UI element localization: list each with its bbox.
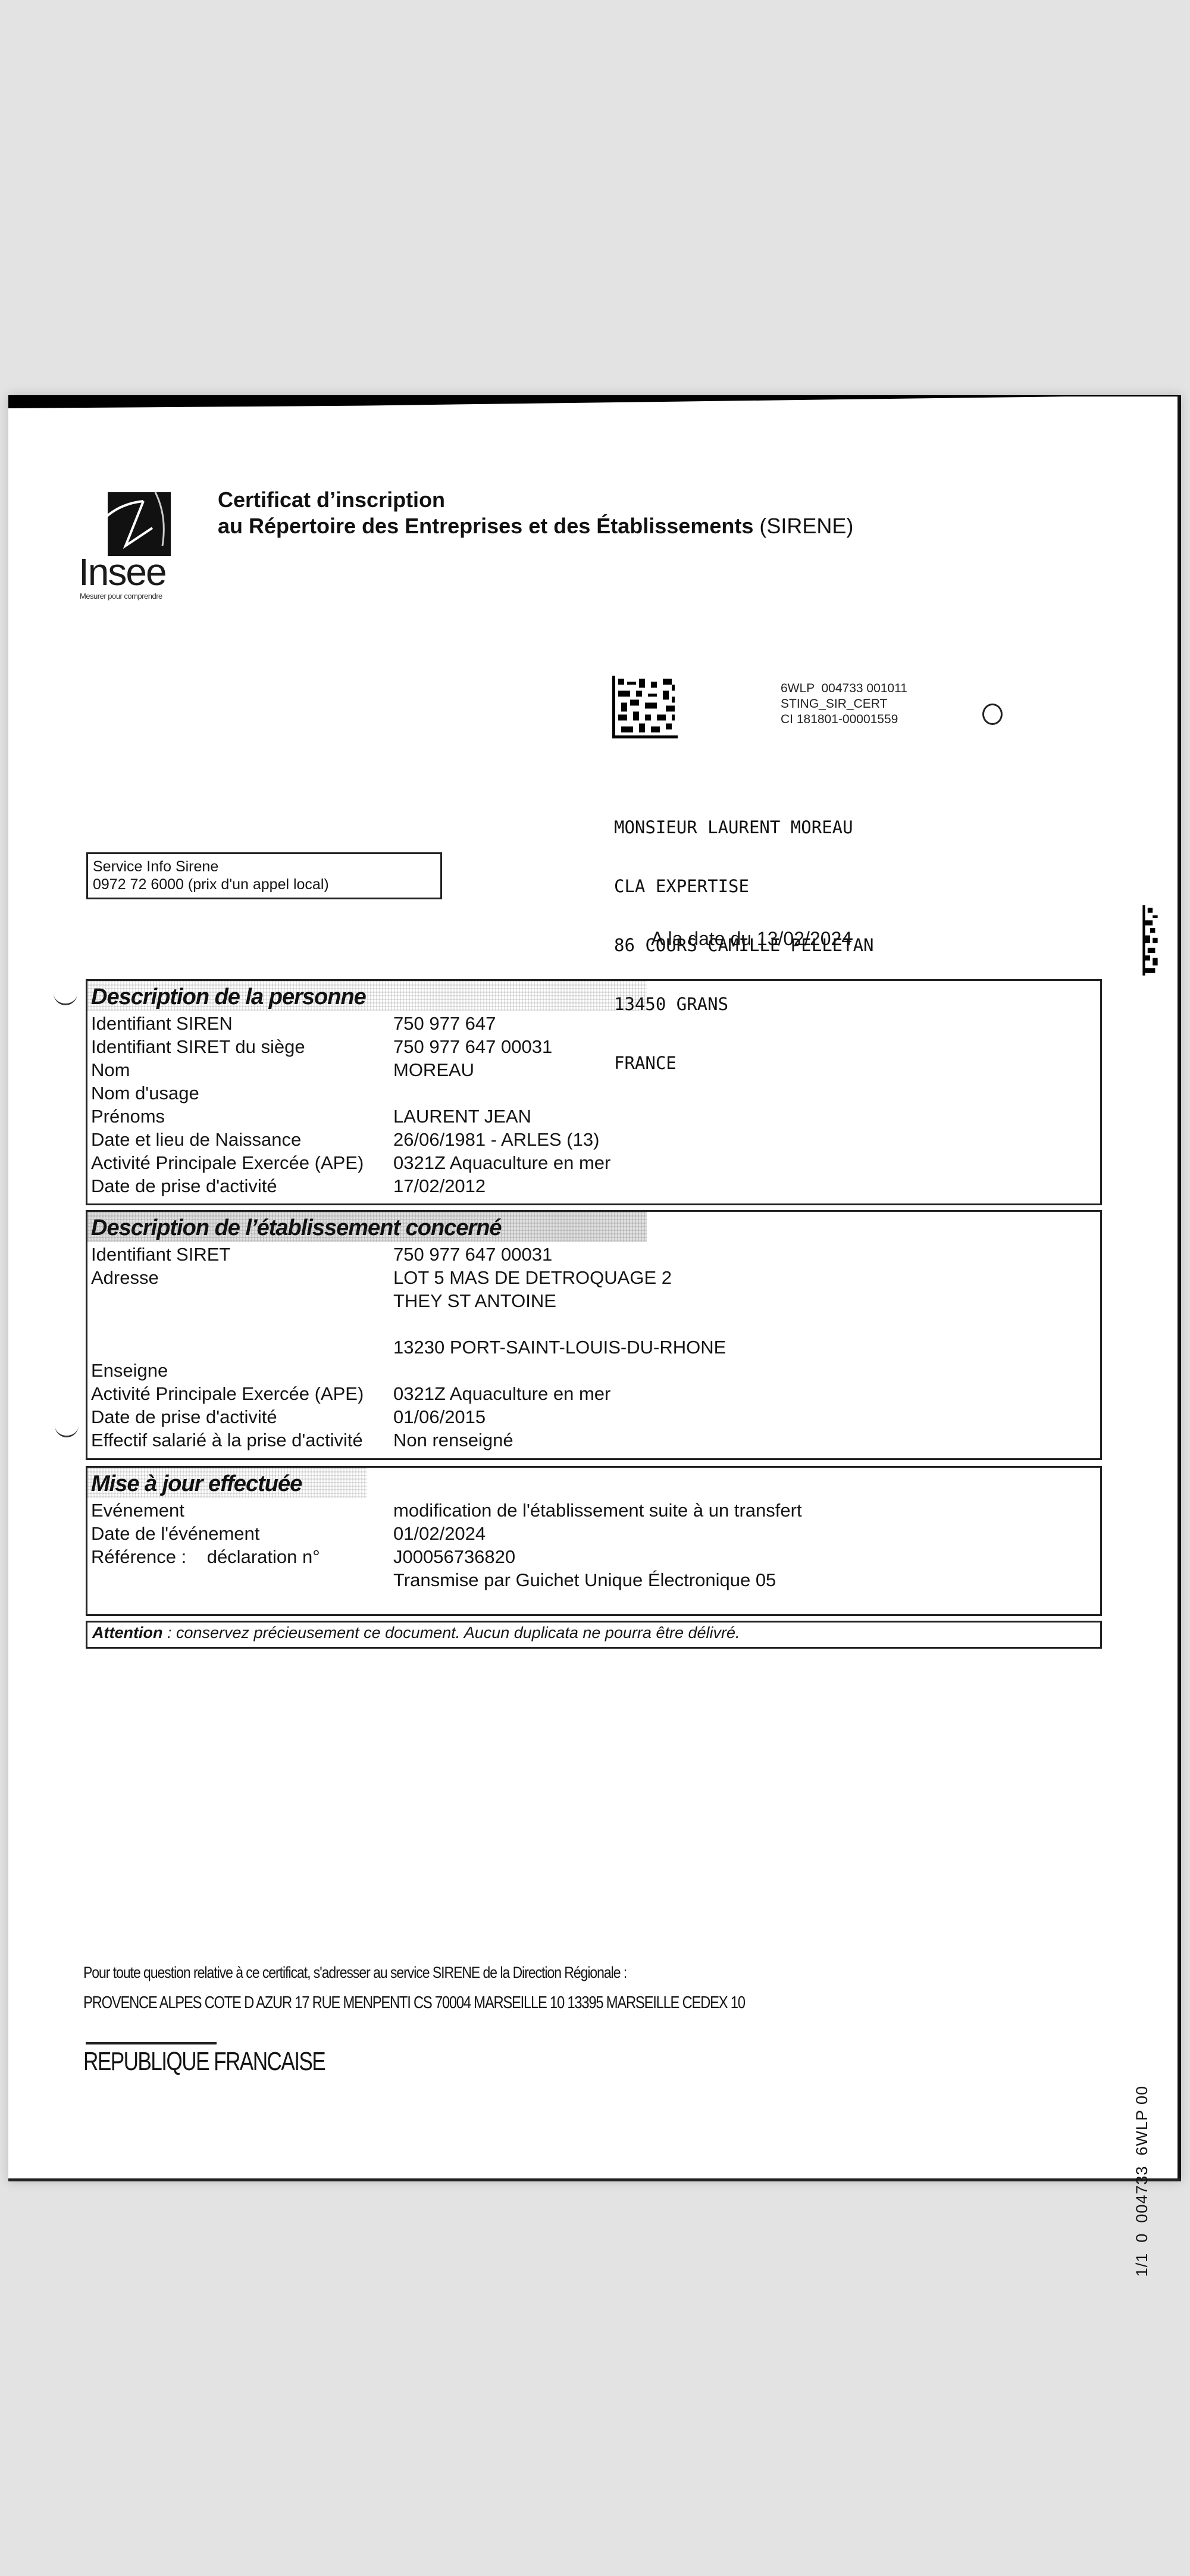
code-line-3: CI 181801-00001559 bbox=[781, 712, 907, 727]
title-line-1: Certificat d’inscription bbox=[218, 487, 853, 513]
code-line-1: 6WLP 004733 001011 bbox=[781, 681, 907, 696]
field-label: Activité Principale Exercée (APE) bbox=[91, 1382, 393, 1405]
field-value: LOT 5 MAS DE DETROQUAGE 2 bbox=[393, 1266, 672, 1289]
field-label: Identifiant SIRET du siège bbox=[91, 1035, 393, 1058]
field-label: Evénement bbox=[91, 1499, 393, 1522]
section-title: Description de l’établissement concerné bbox=[91, 1215, 502, 1241]
field-value: 01/06/2015 bbox=[393, 1405, 486, 1428]
field-label: Date et lieu de Naissance bbox=[91, 1128, 393, 1151]
scan-edge-right bbox=[1178, 395, 1181, 2181]
field-value: 01/02/2024 bbox=[393, 1522, 486, 1545]
field-row: Date de l'événement01/02/2024 bbox=[91, 1522, 1100, 1545]
field-label bbox=[91, 1568, 393, 1592]
margin-mark bbox=[55, 1418, 79, 1437]
logo-text: Insee bbox=[79, 550, 166, 594]
field-row: Date et lieu de Naissance26/06/1981 - AR… bbox=[91, 1128, 1100, 1151]
field-label: Date de prise d'activité bbox=[91, 1405, 393, 1428]
field-value: J00056736820 bbox=[393, 1545, 515, 1568]
field-row bbox=[91, 1312, 1100, 1336]
section-header: Description de la personne bbox=[87, 981, 647, 1011]
field-row: Identifiant SIRET du siège750 977 647 00… bbox=[91, 1035, 1100, 1058]
certificate-date: A la date du 13/02/2024 bbox=[651, 928, 852, 950]
field-row: Evénementmodification de l'établissement… bbox=[91, 1499, 1100, 1522]
field-value: 13230 PORT-SAINT-LOUIS-DU-RHONE bbox=[393, 1336, 726, 1359]
logo-tagline: Mesurer pour comprendre bbox=[80, 592, 162, 601]
field-row: Activité Principale Exercée (APE)0321Z A… bbox=[91, 1151, 1100, 1174]
section-title: Description de la personne bbox=[91, 984, 366, 1010]
field-value: 17/02/2012 bbox=[393, 1174, 486, 1198]
field-row: Date de prise d'activité01/06/2015 bbox=[91, 1405, 1100, 1428]
scan-edge-top bbox=[8, 395, 1181, 408]
vertical-reference-code: 1/1 0 004733 6WLP 00 bbox=[1133, 2086, 1151, 2277]
field-label: Nom d'usage bbox=[91, 1081, 393, 1105]
section-header: Description de l’établissement concerné bbox=[87, 1212, 647, 1242]
section-person: Description de la personne Identifiant S… bbox=[86, 979, 1102, 1205]
field-row: Date de prise d'activité17/02/2012 bbox=[91, 1174, 1100, 1198]
field-value: 26/06/1981 - ARLES (13) bbox=[393, 1128, 599, 1151]
section-header: Mise à jour effectuée bbox=[87, 1468, 367, 1498]
circle-mark-icon bbox=[982, 704, 1003, 725]
service-info-title: Service Info Sirene bbox=[93, 858, 436, 876]
document-page: Insee Mesurer pour comprendre Certificat… bbox=[8, 395, 1181, 2181]
side-barcode-icon bbox=[1142, 905, 1158, 976]
address-line: MONSIEUR LAURENT MOREAU bbox=[614, 818, 874, 837]
field-row: Enseigne bbox=[91, 1359, 1100, 1382]
field-label: Prénoms bbox=[91, 1105, 393, 1128]
field-row: Identifiant SIRET750 977 647 00031 bbox=[91, 1243, 1100, 1266]
field-value: Transmise par Guichet Unique Électroniqu… bbox=[393, 1568, 776, 1592]
field-label: Effectif salarié à la prise d'activité bbox=[91, 1428, 393, 1452]
insee-logo-icon bbox=[108, 492, 171, 556]
address-line: CLA EXPERTISE bbox=[614, 877, 874, 896]
field-row: PrénomsLAURENT JEAN bbox=[91, 1105, 1100, 1128]
field-value: 750 977 647 bbox=[393, 1012, 496, 1035]
field-label: Adresse bbox=[91, 1266, 393, 1289]
field-row: Effectif salarié à la prise d'activitéNo… bbox=[91, 1428, 1100, 1452]
field-value: 750 977 647 00031 bbox=[393, 1243, 552, 1266]
footer-contact-intro: Pour toute question relative à ce certif… bbox=[83, 1964, 627, 1982]
field-label: Identifiant SIREN bbox=[91, 1012, 393, 1035]
field-value: 750 977 647 00031 bbox=[393, 1035, 552, 1058]
field-row: Nom d'usage bbox=[91, 1081, 1100, 1105]
field-value: modification de l'établissement suite à … bbox=[393, 1499, 802, 1522]
service-info-phone: 0972 72 6000 (prix d'un appel local) bbox=[93, 876, 436, 893]
field-label: Date de prise d'activité bbox=[91, 1174, 393, 1198]
title-suffix: (SIRENE) bbox=[759, 514, 853, 538]
field-label bbox=[91, 1336, 393, 1359]
datamatrix-barcode-icon bbox=[612, 676, 678, 739]
field-row: Identifiant SIREN750 977 647 bbox=[91, 1012, 1100, 1035]
field-value: THEY ST ANTOINE bbox=[393, 1289, 556, 1312]
field-label: Référence : déclaration n° bbox=[91, 1545, 393, 1568]
field-label: Date de l'événement bbox=[91, 1522, 393, 1545]
attention-text: : conservez précieusement ce document. A… bbox=[162, 1624, 740, 1642]
field-row: Transmise par Guichet Unique Électroniqu… bbox=[91, 1568, 1100, 1592]
document-codes: 6WLP 004733 001011 STING_SIR_CERT CI 181… bbox=[781, 681, 907, 727]
field-value: LAURENT JEAN bbox=[393, 1105, 531, 1128]
margin-mark bbox=[54, 986, 77, 1005]
field-row: AdresseLOT 5 MAS DE DETROQUAGE 2 bbox=[91, 1266, 1100, 1289]
section-establishment: Description de l’établissement concerné … bbox=[86, 1210, 1102, 1460]
field-label: Enseigne bbox=[91, 1359, 393, 1382]
service-info-box: Service Info Sirene 0972 72 6000 (prix d… bbox=[86, 852, 442, 899]
footer-regional-address: PROVENCE ALPES COTE D AZUR 17 RUE MENPEN… bbox=[83, 1993, 745, 2013]
field-label: Identifiant SIRET bbox=[91, 1243, 393, 1266]
field-label: Activité Principale Exercée (APE) bbox=[91, 1151, 393, 1174]
section-update: Mise à jour effectuée Evénementmodificat… bbox=[86, 1466, 1102, 1616]
field-value: MOREAU bbox=[393, 1058, 474, 1081]
field-row: NomMOREAU bbox=[91, 1058, 1100, 1081]
page-title: Certificat d’inscription au Répertoire d… bbox=[218, 487, 853, 539]
attention-notice: Attention : conservez précieusement ce d… bbox=[86, 1621, 1102, 1649]
attention-label: Attention bbox=[92, 1624, 162, 1642]
field-label bbox=[91, 1289, 393, 1312]
republique-francaise: REPUBLIQUE FRANCAISE bbox=[83, 2047, 325, 2077]
scan-edge-bottom bbox=[8, 2178, 1181, 2181]
field-label: Nom bbox=[91, 1058, 393, 1081]
title-text: au Répertoire des Entreprises et des Éta… bbox=[218, 514, 753, 538]
title-line-2: au Répertoire des Entreprises et des Éta… bbox=[218, 513, 853, 539]
field-row: Référence : déclaration n°J00056736820 bbox=[91, 1545, 1100, 1568]
footer-rule bbox=[86, 2042, 217, 2044]
field-label bbox=[91, 1312, 393, 1336]
section-title: Mise à jour effectuée bbox=[91, 1471, 302, 1497]
field-value: 0321Z Aquaculture en mer bbox=[393, 1382, 610, 1405]
field-row: Activité Principale Exercée (APE)0321Z A… bbox=[91, 1382, 1100, 1405]
field-row: THEY ST ANTOINE bbox=[91, 1289, 1100, 1312]
code-line-2: STING_SIR_CERT bbox=[781, 696, 907, 712]
field-row: 13230 PORT-SAINT-LOUIS-DU-RHONE bbox=[91, 1336, 1100, 1359]
field-value: Non renseigné bbox=[393, 1428, 513, 1452]
field-value: 0321Z Aquaculture en mer bbox=[393, 1151, 610, 1174]
